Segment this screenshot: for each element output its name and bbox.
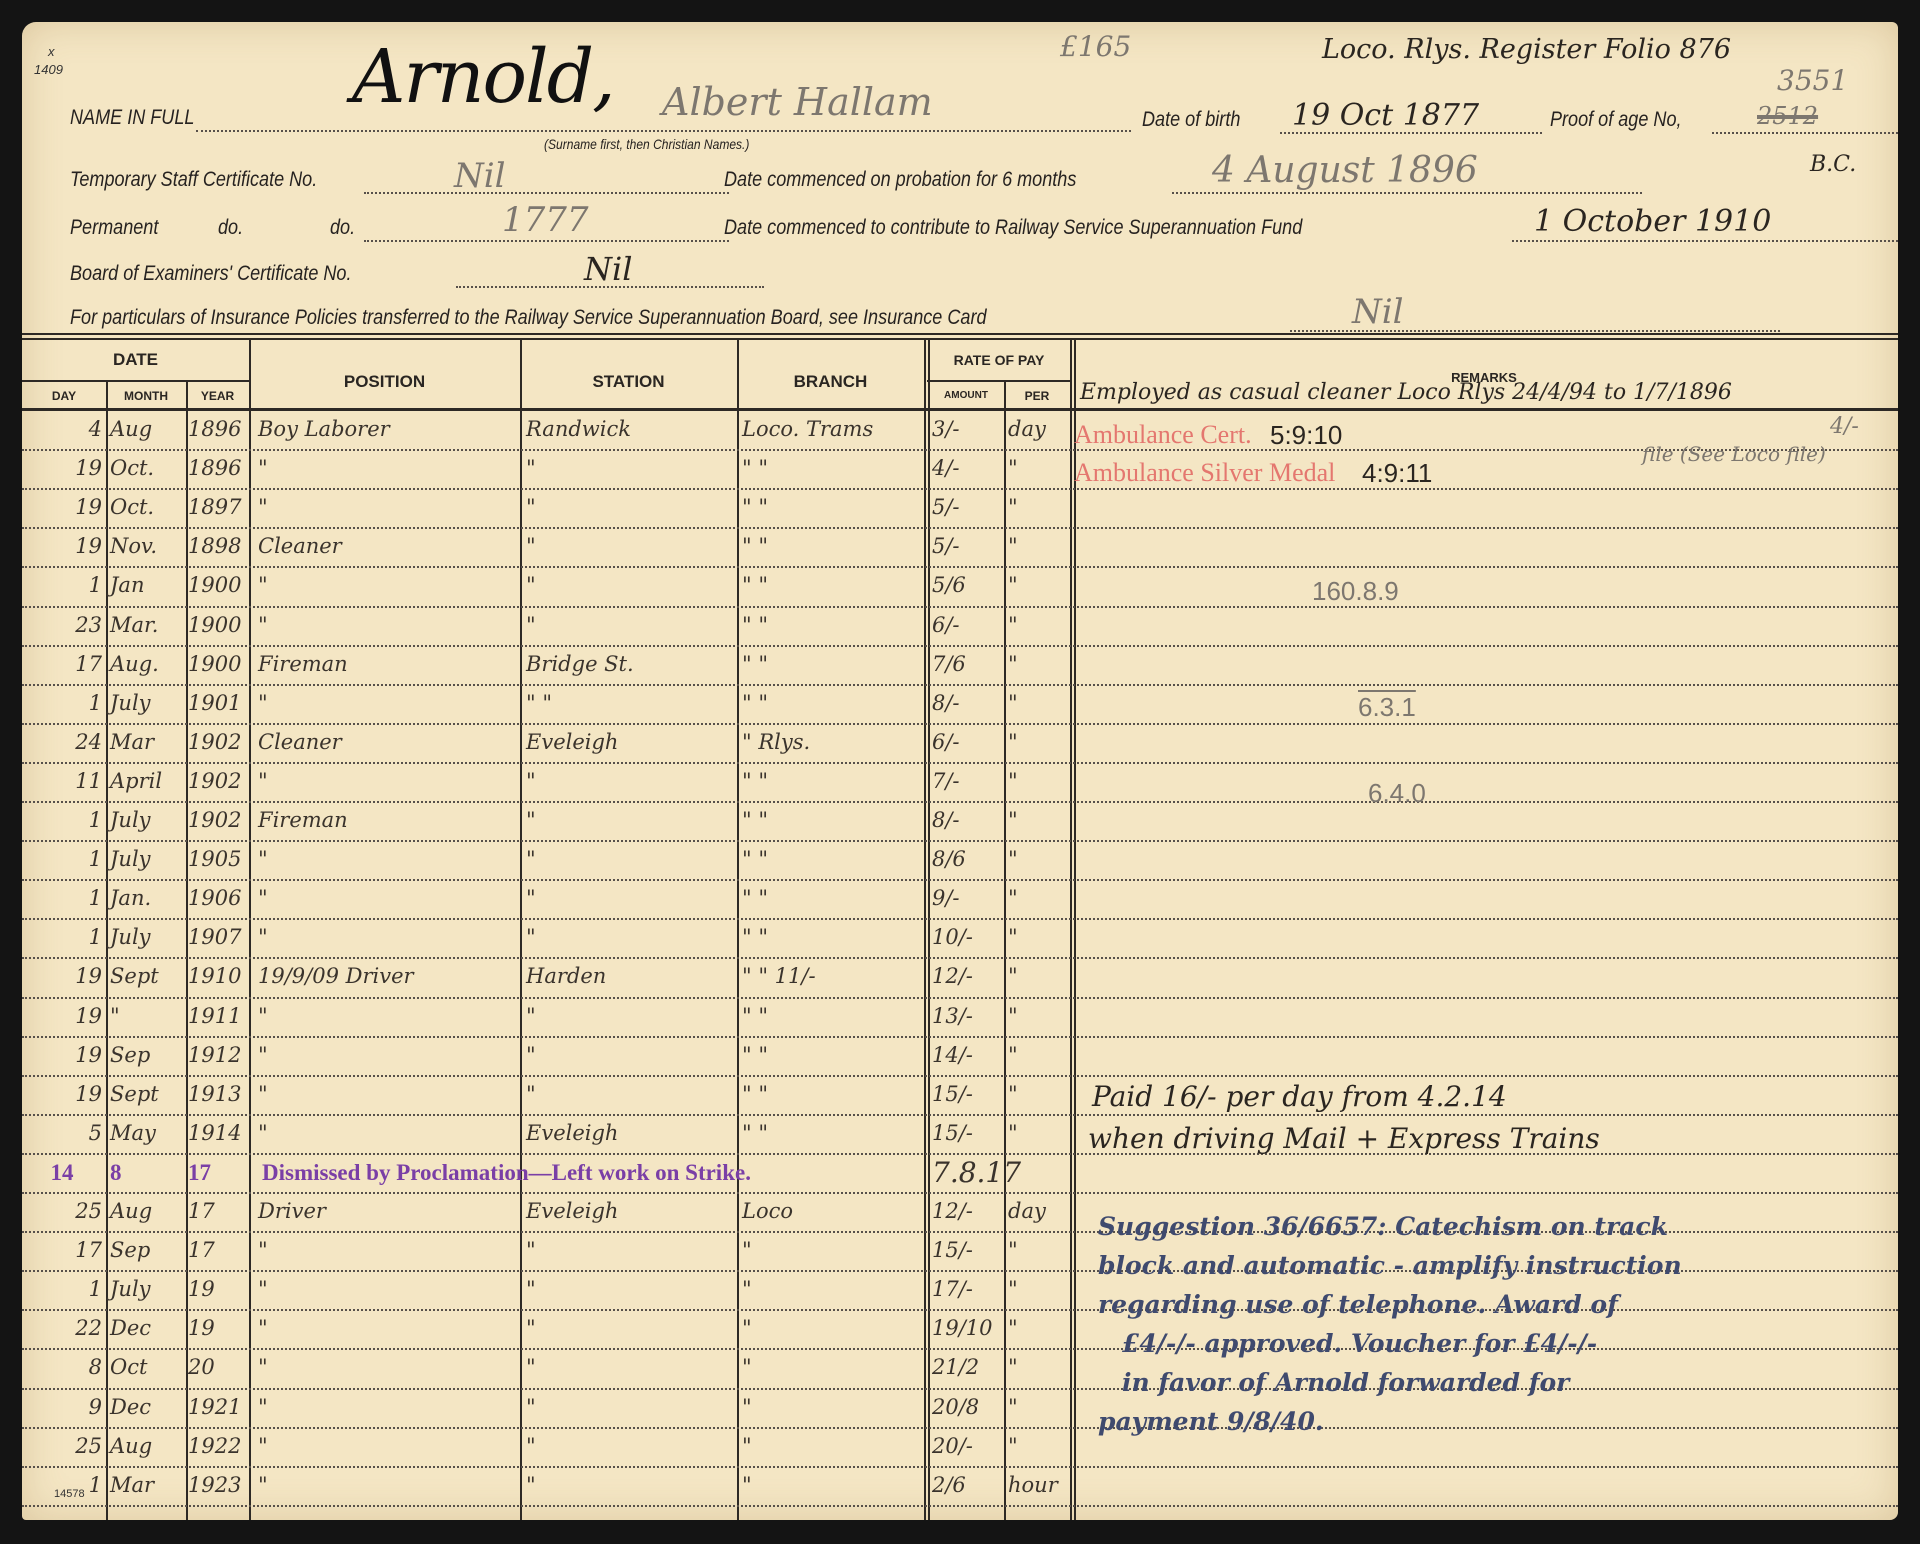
cell-year: 1900 bbox=[188, 606, 248, 645]
cell-position: 19/9/09 Driver bbox=[258, 957, 518, 996]
remark-file-note: file (See Loco file) bbox=[1642, 442, 1826, 466]
cell-branch: " " bbox=[742, 801, 922, 840]
proof-age-struck: 2512 bbox=[1757, 102, 1818, 130]
cell-position: Cleaner bbox=[258, 527, 518, 566]
cell-year: 1921 bbox=[188, 1388, 248, 1427]
cell-branch: " " bbox=[742, 762, 922, 801]
cell-amount: 15/- bbox=[932, 1231, 1002, 1270]
cell-month: July bbox=[110, 840, 186, 879]
cell-branch: " " bbox=[742, 997, 922, 1036]
cell-amount: 12/- bbox=[932, 957, 1002, 996]
cell-year: 1902 bbox=[188, 762, 248, 801]
cell-position: " bbox=[258, 879, 518, 918]
cell-month: Oct. bbox=[110, 488, 186, 527]
cell-branch: " " bbox=[742, 840, 922, 879]
header-day: DAY bbox=[22, 389, 106, 403]
ambulance-cert-stamp: Ambulance Cert. bbox=[1074, 420, 1252, 450]
cell-station: " bbox=[526, 840, 736, 879]
cell-month: " bbox=[110, 997, 186, 1036]
cell-year: 19 bbox=[188, 1270, 248, 1309]
cell-day: 19 bbox=[22, 1075, 102, 1114]
cell-station: " bbox=[526, 1309, 736, 1348]
cell-station: Eveleigh bbox=[526, 1114, 736, 1153]
cell-branch: " bbox=[742, 1427, 922, 1466]
cell-branch: " " bbox=[742, 566, 922, 605]
cell-position: " bbox=[258, 1348, 518, 1387]
cell-branch: " " bbox=[742, 527, 922, 566]
employment-record-card: x 1409 £165 Loco. Rlys. Register Folio 8… bbox=[22, 22, 1898, 1520]
cell-per: " bbox=[1008, 645, 1068, 684]
cell-month: May bbox=[110, 1114, 186, 1153]
cell-branch: " bbox=[742, 1466, 922, 1505]
cell-station: Randwick bbox=[526, 410, 736, 449]
suggestion-line: regarding use of telephone. Award of bbox=[1098, 1290, 1618, 1319]
header-year: YEAR bbox=[186, 389, 249, 403]
superannuation-label: Date commenced to contribute to Railway … bbox=[724, 216, 1302, 240]
cell-branch: " " bbox=[742, 684, 922, 723]
cell-month: Oct bbox=[110, 1348, 186, 1387]
cell-day: 19 bbox=[22, 488, 102, 527]
cell-month: Aug bbox=[110, 410, 186, 449]
cell-month: Dec bbox=[110, 1309, 186, 1348]
cell-station: " bbox=[526, 918, 736, 957]
cell-month: Sept bbox=[110, 957, 186, 996]
cell-station bbox=[526, 1153, 736, 1192]
dob-value: 19 Oct 1877 bbox=[1292, 98, 1479, 133]
cell-year: 1901 bbox=[188, 684, 248, 723]
cell-month: Aug bbox=[110, 1427, 186, 1466]
cell-amount: 20/- bbox=[932, 1427, 1002, 1466]
remark-paid-line-1: Paid 16/- per day from 4.2.14 bbox=[1092, 1080, 1507, 1113]
cell-station: " bbox=[526, 1427, 736, 1466]
cell-amount: 2/6 bbox=[932, 1466, 1002, 1505]
cell-month: Nov. bbox=[110, 527, 186, 566]
cell-day: 19 bbox=[22, 1036, 102, 1075]
cell-day: 1 bbox=[22, 879, 102, 918]
cell-day: 24 bbox=[22, 723, 102, 762]
cell-amount: 12/- bbox=[932, 1192, 1002, 1231]
cell-month: Mar. bbox=[110, 606, 186, 645]
cell-position: " bbox=[258, 1427, 518, 1466]
cell-per: " bbox=[1008, 606, 1068, 645]
cell-station: " bbox=[526, 1270, 736, 1309]
cell-month: Mar bbox=[110, 1466, 186, 1505]
cell-year: 1896 bbox=[188, 410, 248, 449]
cell-amount: 4/- bbox=[932, 449, 1002, 488]
cell-branch: " " bbox=[742, 1114, 922, 1153]
cell-branch: " Rlys. bbox=[742, 723, 922, 762]
cell-branch: " " bbox=[742, 918, 922, 957]
cell-month: Jan bbox=[110, 566, 186, 605]
cell-per: " bbox=[1008, 762, 1068, 801]
suggestion-line: £4/-/- approved. Voucher for £4/-/- bbox=[1122, 1329, 1597, 1358]
insurance-label: For particulars of Insurance Policies tr… bbox=[70, 306, 987, 330]
suggestion-line: Suggestion 36/6657: Catechism on track bbox=[1098, 1212, 1668, 1241]
cell-month: Sep bbox=[110, 1231, 186, 1270]
cell-amount: 8/6 bbox=[932, 840, 1002, 879]
form-code: x bbox=[48, 44, 55, 59]
cell-branch: " " bbox=[742, 645, 922, 684]
perm-do-1: do. bbox=[218, 216, 243, 240]
cell-station: " bbox=[526, 1388, 736, 1427]
cell-amount: 5/- bbox=[932, 488, 1002, 527]
cell-amount: 19/10 bbox=[932, 1309, 1002, 1348]
cell-day: 23 bbox=[22, 606, 102, 645]
pencil-figure-2: 6.3.1 bbox=[1358, 692, 1416, 723]
cell-station: " bbox=[526, 997, 736, 1036]
probation-label: Date commenced on probation for 6 months bbox=[724, 168, 1076, 192]
cell-position: " bbox=[258, 1036, 518, 1075]
top-note-amount: £165 bbox=[1060, 30, 1131, 63]
remark-fee-note: 4/- bbox=[1830, 414, 1859, 439]
name-label: NAME IN FULL bbox=[70, 106, 194, 130]
cell-branch bbox=[742, 1153, 922, 1192]
cell-amount: 13/- bbox=[932, 997, 1002, 1036]
cell-day: 1 bbox=[22, 684, 102, 723]
cell-day: 22 bbox=[22, 1309, 102, 1348]
cell-month: Aug. bbox=[110, 645, 186, 684]
header-position: POSITION bbox=[249, 372, 520, 392]
cell-per: day bbox=[1008, 1192, 1068, 1231]
cell-per: " bbox=[1008, 684, 1068, 723]
cell-branch: " " bbox=[742, 606, 922, 645]
cell-year: 1923 bbox=[188, 1466, 248, 1505]
cell-amount: 8/- bbox=[932, 801, 1002, 840]
cell-amount: 14/- bbox=[932, 1036, 1002, 1075]
cell-amount: 5/6 bbox=[932, 566, 1002, 605]
cell-position: Driver bbox=[258, 1192, 518, 1231]
cell-year: 17 bbox=[188, 1192, 248, 1231]
cell-year: 1900 bbox=[188, 645, 248, 684]
cell-day: 17 bbox=[22, 645, 102, 684]
header-date: DATE bbox=[22, 350, 249, 370]
suggestion-line: payment 9/8/40. bbox=[1098, 1407, 1324, 1436]
cell-per: " bbox=[1008, 879, 1068, 918]
cell-station: " bbox=[526, 527, 736, 566]
cell-month: Jan. bbox=[110, 879, 186, 918]
cell-month: Aug bbox=[110, 1192, 186, 1231]
cell-position: " bbox=[258, 1388, 518, 1427]
top-note-register: Loco. Rlys. Register Folio 876 bbox=[1322, 34, 1731, 65]
cell-station: " bbox=[526, 1348, 736, 1387]
cell-month: July bbox=[110, 918, 186, 957]
temp-cert-value: Nil bbox=[454, 156, 506, 196]
cell-month: Mar bbox=[110, 723, 186, 762]
remark-paid-line-2: when driving Mail + Express Trains bbox=[1088, 1122, 1600, 1155]
cell-branch: " bbox=[742, 1348, 922, 1387]
cell-per: " bbox=[1008, 1270, 1068, 1309]
cell-per: " bbox=[1008, 918, 1068, 957]
cell-station: " bbox=[526, 801, 736, 840]
cell-day: 1 bbox=[22, 801, 102, 840]
cell-day: 1 bbox=[22, 918, 102, 957]
cell-year: 1905 bbox=[188, 840, 248, 879]
cell-year: 1900 bbox=[188, 566, 248, 605]
perm-do-2: do. bbox=[330, 216, 355, 240]
cell-month: 8 bbox=[110, 1153, 186, 1192]
cell-position: " bbox=[258, 1231, 518, 1270]
cell-per: " bbox=[1008, 1309, 1068, 1348]
cell-year: 17 bbox=[188, 1231, 248, 1270]
cell-day: 9 bbox=[22, 1388, 102, 1427]
cell-position: " bbox=[258, 840, 518, 879]
form-number-bottom: 14578 bbox=[54, 1488, 85, 1500]
cell-year: 17 bbox=[188, 1153, 248, 1192]
cell-branch: " bbox=[742, 1388, 922, 1427]
cell-amount: 20/8 bbox=[932, 1388, 1002, 1427]
cell-amount: 15/- bbox=[932, 1075, 1002, 1114]
cell-month: July bbox=[110, 801, 186, 840]
cell-per: day bbox=[1008, 410, 1068, 449]
cell-year: 1912 bbox=[188, 1036, 248, 1075]
dob-label: Date of birth bbox=[1142, 108, 1240, 132]
cell-station: " bbox=[526, 606, 736, 645]
cell-per: " bbox=[1008, 1231, 1068, 1270]
superannuation-value: 1 October 1910 bbox=[1534, 204, 1771, 239]
cell-per: " bbox=[1008, 527, 1068, 566]
pencil-figure-1: 160.8.9 bbox=[1312, 576, 1399, 607]
cell-per: " bbox=[1008, 1348, 1068, 1387]
cell-branch: " bbox=[742, 1231, 922, 1270]
remark-employed-note: Employed as casual cleaner Loco Rlys 24/… bbox=[1080, 380, 1732, 405]
header-branch: BRANCH bbox=[737, 372, 924, 392]
cell-amount: 7/- bbox=[932, 762, 1002, 801]
cell-per: " bbox=[1008, 997, 1068, 1036]
cell-station: " bbox=[526, 879, 736, 918]
perm-value: 1777 bbox=[502, 200, 589, 240]
cell-position: Cleaner bbox=[258, 723, 518, 762]
cell-year: 1898 bbox=[188, 527, 248, 566]
cell-day: 1 bbox=[22, 1270, 102, 1309]
cell-amount: 21/2 bbox=[932, 1348, 1002, 1387]
cell-day: 4 bbox=[22, 410, 102, 449]
header-amount: AMOUNT bbox=[928, 390, 1004, 401]
cell-position: " bbox=[258, 762, 518, 801]
cell-position: " bbox=[258, 684, 518, 723]
cell-station: Harden bbox=[526, 957, 736, 996]
cell-branch: " " bbox=[742, 1075, 922, 1114]
cell-per: " bbox=[1008, 840, 1068, 879]
cell-year: 19 bbox=[188, 1309, 248, 1348]
probation-value: 4 August 1896 bbox=[1212, 150, 1478, 191]
cell-per: " bbox=[1008, 1036, 1068, 1075]
cell-day: 1 bbox=[22, 840, 102, 879]
cell-year: 1922 bbox=[188, 1427, 248, 1466]
cell-branch: Loco bbox=[742, 1192, 922, 1231]
cell-per: " bbox=[1008, 449, 1068, 488]
form-number-top: 1409 bbox=[34, 62, 63, 77]
cell-position: " bbox=[258, 449, 518, 488]
suggestion-line: in favor of Arnold forwarded for bbox=[1122, 1368, 1569, 1397]
cell-amount: 17/- bbox=[932, 1270, 1002, 1309]
cell-branch: " bbox=[742, 1309, 922, 1348]
cell-station: " bbox=[526, 449, 736, 488]
cell-station: " bbox=[526, 1231, 736, 1270]
cell-day: 17 bbox=[22, 1231, 102, 1270]
cell-per: hour bbox=[1008, 1466, 1068, 1505]
cell-year: 1906 bbox=[188, 879, 248, 918]
surname-value: Arnold, bbox=[352, 34, 614, 120]
cell-month: April bbox=[110, 762, 186, 801]
board-value: Nil bbox=[584, 250, 632, 288]
christian-names-value: Albert Hallam bbox=[662, 80, 933, 124]
ambulance-cert-date: 5:9:10 bbox=[1270, 420, 1342, 451]
cell-month: Sep bbox=[110, 1036, 186, 1075]
cell-station: Eveleigh bbox=[526, 723, 736, 762]
cell-position: " bbox=[258, 488, 518, 527]
header-per: PER bbox=[1004, 389, 1070, 403]
cell-station: " bbox=[526, 566, 736, 605]
cell-per: " bbox=[1008, 566, 1068, 605]
cell-year: 1902 bbox=[188, 801, 248, 840]
cell-amount: 9/- bbox=[932, 879, 1002, 918]
cell-day: 19 bbox=[22, 527, 102, 566]
cell-branch: " " 11/- bbox=[742, 957, 922, 996]
cell-position: " bbox=[258, 1114, 518, 1153]
cell-per: " bbox=[1008, 488, 1068, 527]
cell-month: Oct. bbox=[110, 449, 186, 488]
cell-day: 5 bbox=[22, 1114, 102, 1153]
cell-amount: 5/- bbox=[932, 527, 1002, 566]
cell-year: 1907 bbox=[188, 918, 248, 957]
cell-day: 25 bbox=[22, 1192, 102, 1231]
cell-station: " bbox=[526, 1036, 736, 1075]
cell-position: Fireman bbox=[258, 645, 518, 684]
cell-position: " bbox=[258, 1075, 518, 1114]
cell-station: " bbox=[526, 488, 736, 527]
cell-position: " bbox=[258, 566, 518, 605]
cell-per: " bbox=[1008, 957, 1068, 996]
cell-amount: 6/- bbox=[932, 723, 1002, 762]
cell-day: 8 bbox=[22, 1348, 102, 1387]
perm-label: Permanent bbox=[70, 216, 158, 240]
cell-month: Dec bbox=[110, 1388, 186, 1427]
cell-branch: " bbox=[742, 1270, 922, 1309]
ambulance-medal-date: 4:9:11 bbox=[1362, 458, 1432, 489]
cell-amount: 3/- bbox=[932, 410, 1002, 449]
cell-station: Bridge St. bbox=[526, 645, 736, 684]
cell-month: July bbox=[110, 684, 186, 723]
cell-station: " " bbox=[526, 684, 736, 723]
cell-year: 1902 bbox=[188, 723, 248, 762]
header-month: MONTH bbox=[106, 389, 186, 403]
cell-year: 1910 bbox=[188, 957, 248, 996]
cell-month: July bbox=[110, 1270, 186, 1309]
cell-branch: " " bbox=[742, 488, 922, 527]
cell-per: " bbox=[1008, 1114, 1068, 1153]
cell-position: " bbox=[258, 997, 518, 1036]
board-label: Board of Examiners' Certificate No. bbox=[70, 262, 351, 286]
cell-station: " bbox=[526, 1466, 736, 1505]
header-rate-of-pay: RATE OF PAY bbox=[928, 352, 1070, 368]
cell-per: " bbox=[1008, 801, 1068, 840]
cell-station: " bbox=[526, 762, 736, 801]
cell-year: 1897 bbox=[188, 488, 248, 527]
cell-year: 1913 bbox=[188, 1075, 248, 1114]
cell-day: 25 bbox=[22, 1427, 102, 1466]
header-station: STATION bbox=[520, 372, 737, 392]
proof-age-note: B.C. bbox=[1810, 152, 1856, 177]
cell-amount: 10/- bbox=[932, 918, 1002, 957]
cell-per: " bbox=[1008, 1075, 1068, 1114]
cell-day: 11 bbox=[22, 762, 102, 801]
cell-per: " bbox=[1008, 1427, 1068, 1466]
cell-branch: " " bbox=[742, 449, 922, 488]
cell-station: " bbox=[526, 1075, 736, 1114]
temp-cert-label: Temporary Staff Certificate No. bbox=[70, 168, 317, 192]
cell-year: 1896 bbox=[188, 449, 248, 488]
pencil-figure-3: 6.4.0 bbox=[1368, 778, 1426, 809]
cell-day: 1 bbox=[22, 566, 102, 605]
cell-month: Sept bbox=[110, 1075, 186, 1114]
cell-position: Fireman bbox=[258, 801, 518, 840]
cell-branch: Loco. Trams bbox=[742, 410, 922, 449]
cell-position: " bbox=[258, 1466, 518, 1505]
ambulance-medal-stamp: Ambulance Silver Medal bbox=[1074, 458, 1335, 488]
cell-per: " bbox=[1008, 723, 1068, 762]
cell-day: 19 bbox=[22, 449, 102, 488]
cell-position: " bbox=[258, 1270, 518, 1309]
cell-position: Boy Laborer bbox=[258, 410, 518, 449]
cell-per bbox=[1008, 1153, 1068, 1192]
cell-branch: " " bbox=[742, 879, 922, 918]
cell-position: " bbox=[258, 918, 518, 957]
cell-year: 20 bbox=[188, 1348, 248, 1387]
cell-amount: 6/- bbox=[932, 606, 1002, 645]
suggestion-line: block and automatic - amplify instructio… bbox=[1098, 1251, 1682, 1280]
cell-amount: 8/- bbox=[932, 684, 1002, 723]
cell-station: Eveleigh bbox=[526, 1192, 736, 1231]
cell-position: " bbox=[258, 606, 518, 645]
proof-age-value: 3551 bbox=[1777, 64, 1848, 97]
cell-year: 1914 bbox=[188, 1114, 248, 1153]
insurance-value: Nil bbox=[1352, 292, 1404, 332]
cell-day: 19 bbox=[22, 997, 102, 1036]
proof-age-label: Proof of age No, bbox=[1550, 108, 1682, 132]
cell-branch: " " bbox=[742, 1036, 922, 1075]
row-divider bbox=[22, 1505, 1898, 1507]
cell-year: 1911 bbox=[188, 997, 248, 1036]
cell-amount: 15/- bbox=[932, 1114, 1002, 1153]
cell-position: " bbox=[258, 1309, 518, 1348]
cell-per: " bbox=[1008, 1388, 1068, 1427]
name-hint: (Surname first, then Christian Names.) bbox=[544, 136, 749, 152]
cell-day: 14 bbox=[22, 1153, 102, 1192]
cell-day: 19 bbox=[22, 957, 102, 996]
cell-amount: 7/6 bbox=[932, 645, 1002, 684]
